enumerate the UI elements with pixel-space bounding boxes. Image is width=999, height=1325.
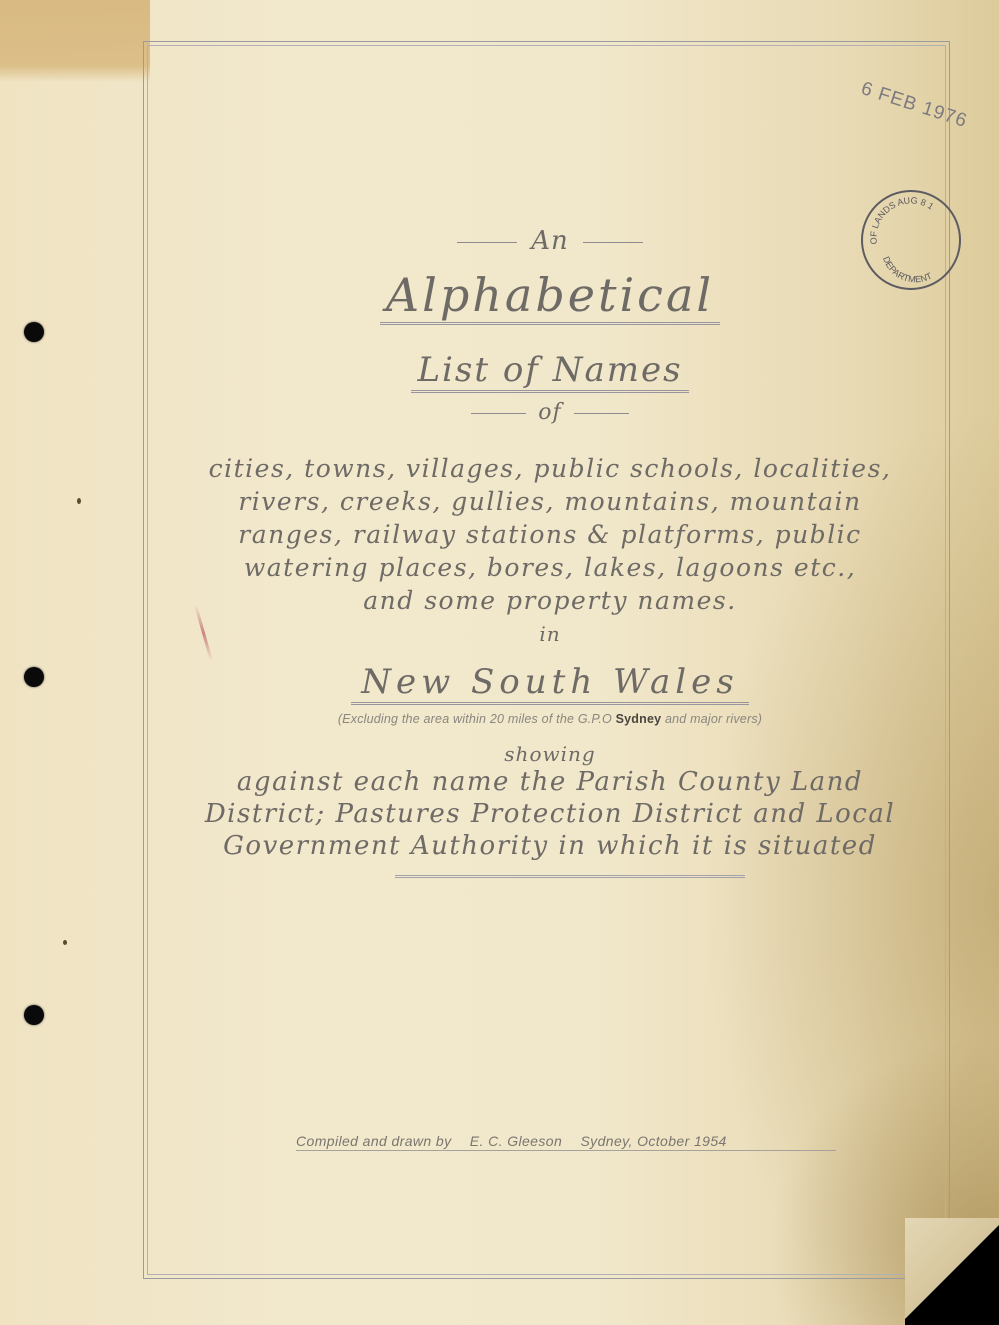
description-line: cities, towns, villages, public schools,… (160, 452, 940, 485)
showing-line: against each name the Parish County Land (160, 766, 940, 798)
ink-speck (77, 498, 81, 504)
decorative-dash (471, 413, 526, 414)
punch-hole-icon (24, 667, 44, 687)
decorative-dash (457, 242, 517, 243)
compiler-name: E. C. Gleeson (470, 1133, 562, 1149)
punch-hole-icon (24, 1005, 44, 1025)
in-word: in (160, 622, 940, 646)
divider-rule (395, 875, 745, 878)
punch-hole-icon (24, 322, 44, 342)
description-line: watering places, bores, lakes, lagoons e… (160, 551, 940, 584)
water-stain (0, 0, 150, 82)
title-an: An (160, 226, 940, 256)
title-list-of-names: List of Names (160, 350, 940, 390)
description-line: and some property names. (160, 584, 940, 617)
title-of: of (160, 400, 940, 425)
decorative-dash (574, 413, 629, 414)
compiled-by-line: Compiled and drawn by E. C. Gleeson Sydn… (296, 1133, 836, 1151)
exclusion-note: (Excluding the area within 20 miles of t… (160, 712, 940, 726)
description-line: rivers, creeks, gullies, mountains, moun… (160, 485, 940, 518)
region-title: New South Wales (160, 662, 940, 702)
folded-corner (905, 1218, 999, 1325)
document-page: 6 FEB 1976 OF LANDS AUG 8 1 DEPARTMENT A… (0, 0, 999, 1325)
compiled-label: Compiled and drawn by (296, 1133, 451, 1149)
description-line: ranges, railway stations & platforms, pu… (160, 518, 940, 551)
showing-line: Government Authority in which it is situ… (160, 830, 940, 862)
showing-word: showing (160, 742, 940, 766)
description-block: cities, towns, villages, public schools,… (160, 452, 940, 617)
showing-block: against each name the Parish County Land… (160, 766, 940, 862)
decorative-dash (583, 242, 643, 243)
place-date: Sydney, October 1954 (580, 1133, 726, 1149)
showing-line: District; Pastures Protection District a… (160, 798, 940, 830)
title-alphabetical: Alphabetical (160, 268, 940, 322)
ink-speck (63, 940, 67, 945)
